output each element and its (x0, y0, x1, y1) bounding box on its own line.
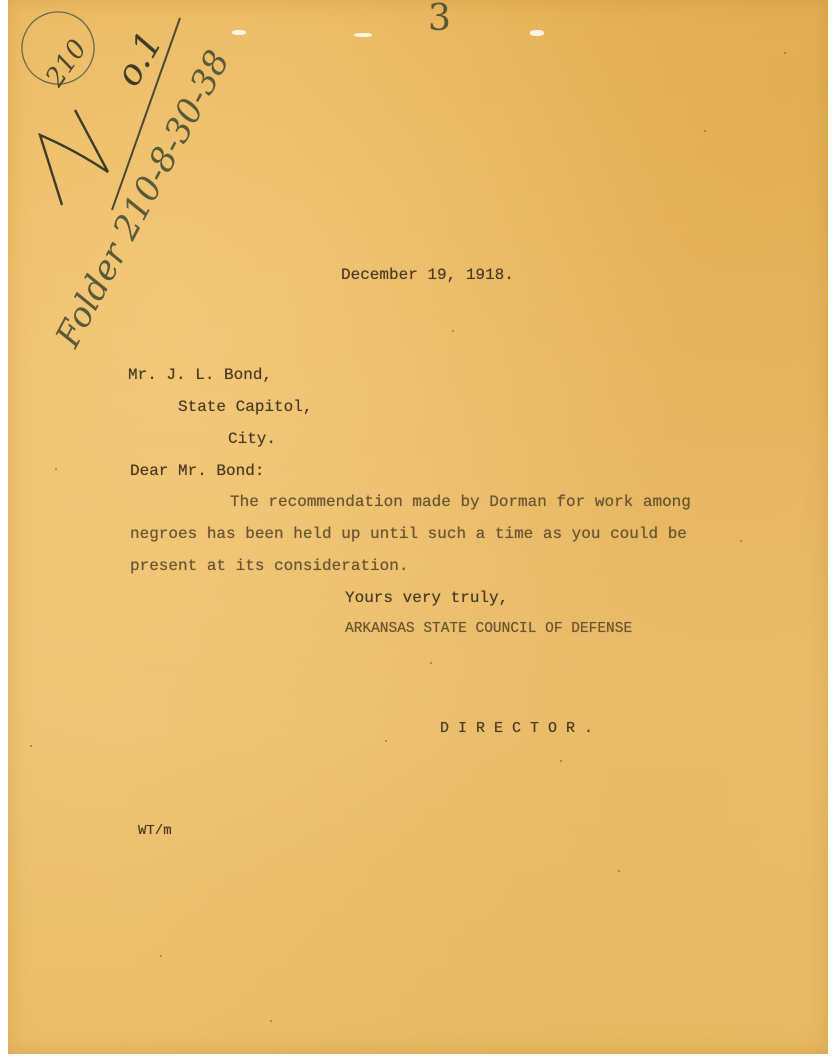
letter-date: December 19, 1918. (341, 266, 514, 284)
recipient-address-line-1: State Capitol, (178, 398, 312, 416)
page-number-annotation: 3 (428, 0, 451, 39)
signature-title: D I R E C T O R . (440, 720, 593, 738)
pencil-n-stroke (40, 110, 108, 205)
salutation: Dear Mr. Bond: (130, 462, 264, 480)
closing: Yours very truly, (345, 589, 508, 607)
recipient-address-line-2: City. (228, 430, 276, 448)
reference-initials: WT/m (138, 822, 172, 840)
organization-name: ARKANSAS STATE COUNCIL OF DEFENSE (345, 620, 632, 638)
recipient-name: Mr. J. L. Bond, (128, 366, 272, 384)
body-line: negroes has been held up until such a ti… (130, 525, 687, 543)
body-line: The recommendation made by Dorman for wo… (230, 493, 691, 511)
body-line: present at its consideration. (130, 557, 408, 575)
